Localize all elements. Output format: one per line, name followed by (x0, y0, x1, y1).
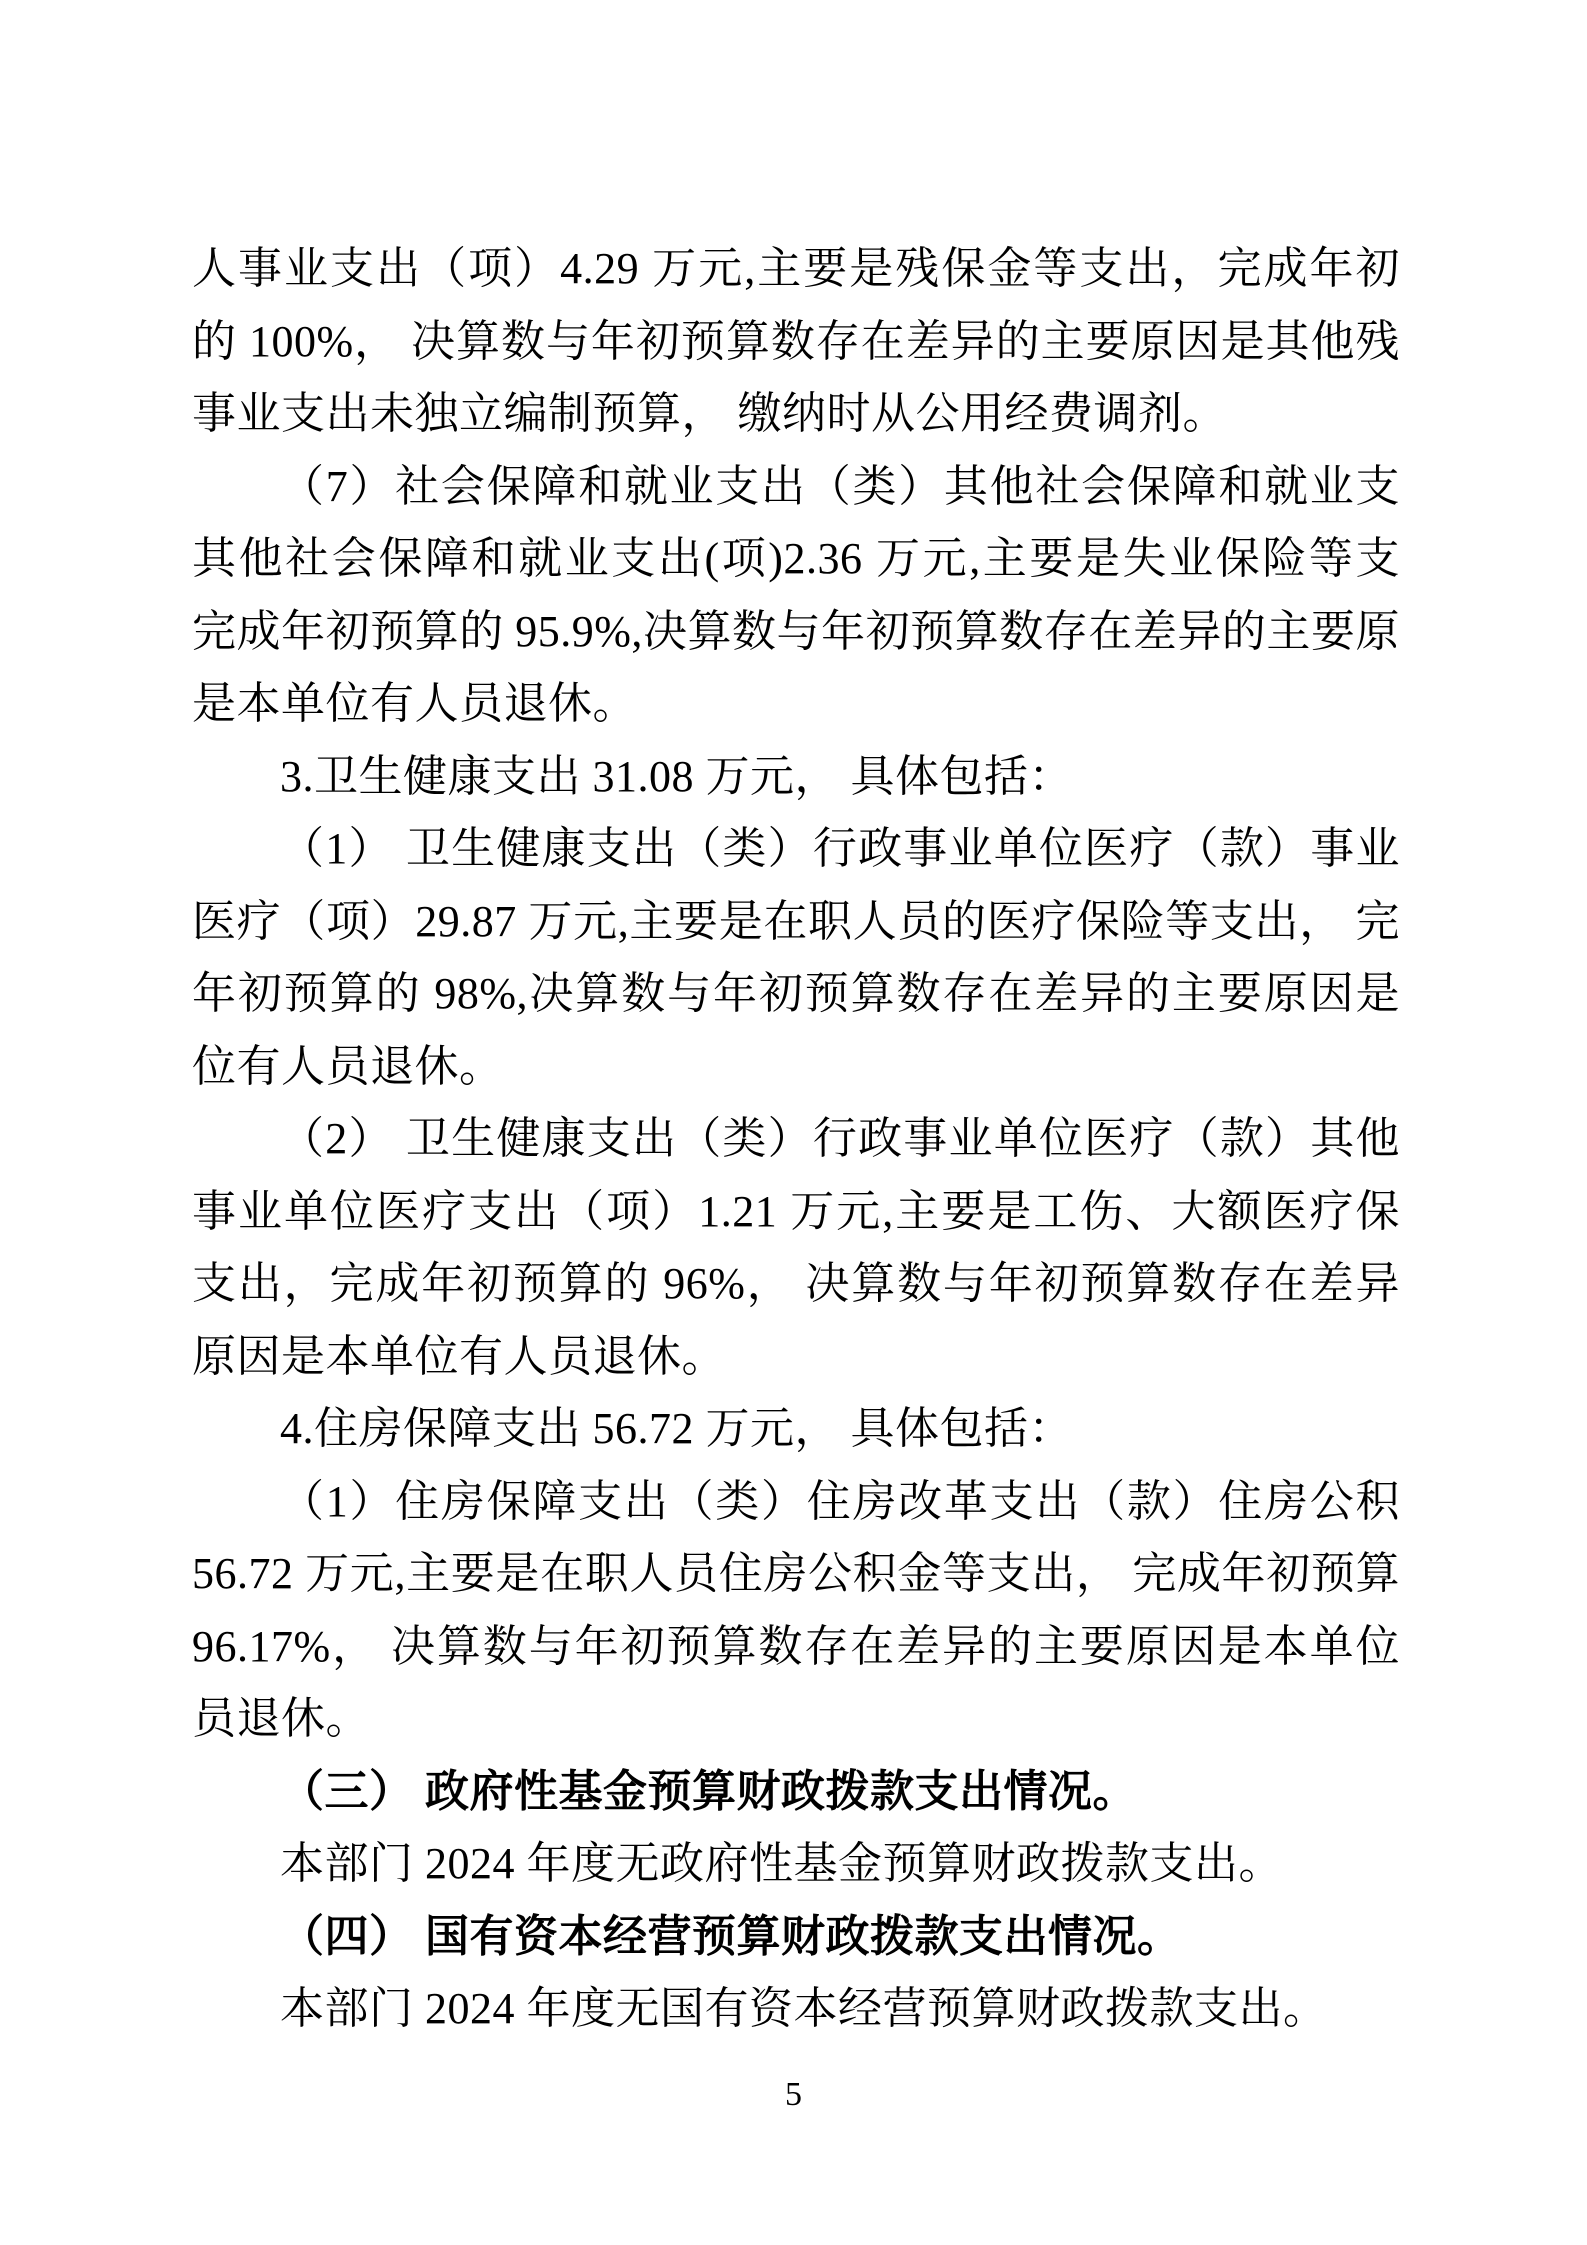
text-line: 事业支出未独立编制预算， 缴纳时从公用经费调剂。 (192, 378, 1400, 451)
text-line: （7）社会保障和就业支出（类）其他社会保障和就业支出（款） (192, 451, 1400, 524)
text-line: 本部门 2024 年度无政府性基金预算财政拨款支出。 (192, 1828, 1400, 1901)
text-line: 医疗（项）29.87 万元,主要是在职人员的医疗保险等支出， 完成 (192, 886, 1400, 959)
text-line: 的 100%， 决算数与年初预算数存在差异的主要原因是其他残疾人 (192, 306, 1400, 379)
text-line: 完成年初预算的 95.9%,决算数与年初预算数存在差异的主要原因 (192, 596, 1400, 669)
text-line: 本部门 2024 年度无国有资本经营预算财政拨款支出。 (192, 1973, 1400, 2046)
text-line: 原因是本单位有人员退休。 (192, 1321, 1400, 1394)
page-number: 5 (0, 2078, 1587, 2112)
text-line: 其他社会保障和就业支出(项)2.36 万元,主要是失业保险等支出， (192, 523, 1400, 596)
text-line: 员退休。 (192, 1683, 1400, 1756)
text-line: 56.72 万元,主要是在职人员住房公积金等支出， 完成年初预算的 (192, 1538, 1400, 1611)
document-page: { "document": { "lines": [ "人事业支出（项）4.29… (0, 0, 1587, 2245)
text-line: 年初预算的 98%,决算数与年初预算数存在差异的主要原因是本单 (192, 958, 1400, 1031)
text-line: 3.卫生健康支出 31.08 万元， 具体包括： (192, 741, 1400, 814)
text-line: 事业单位医疗支出（项）1.21 万元,主要是工伤、大额医疗保险等 (192, 1176, 1400, 1249)
text-line: 96.17%， 决算数与年初预算数存在差异的主要原因是本单位有人 (192, 1611, 1400, 1684)
text-line: 位有人员退休。 (192, 1031, 1400, 1104)
text-line: （1）住房保障支出（类）住房改革支出（款）住房公积金（项） (192, 1466, 1400, 1539)
text-line: 是本单位有人员退休。 (192, 668, 1400, 741)
text-line: 支出，完成年初预算的 96%， 决算数与年初预算数存在差异的主要 (192, 1248, 1400, 1321)
text-line: （2） 卫生健康支出（类）行政事业单位医疗（款）其他行政 (192, 1103, 1400, 1176)
section-heading: （四） 国有资本经营预算财政拨款支出情况。 (192, 1901, 1400, 1974)
document-body: 人事业支出（项）4.29 万元,主要是残保金等支出，完成年初预算 的 100%，… (192, 233, 1400, 2046)
text-line: 人事业支出（项）4.29 万元,主要是残保金等支出，完成年初预算 (192, 233, 1400, 306)
text-line: （1） 卫生健康支出（类）行政事业单位医疗（款）事业单位 (192, 813, 1400, 886)
section-heading: （三） 政府性基金预算财政拨款支出情况。 (192, 1756, 1400, 1829)
text-line: 4.住房保障支出 56.72 万元， 具体包括： (192, 1393, 1400, 1466)
